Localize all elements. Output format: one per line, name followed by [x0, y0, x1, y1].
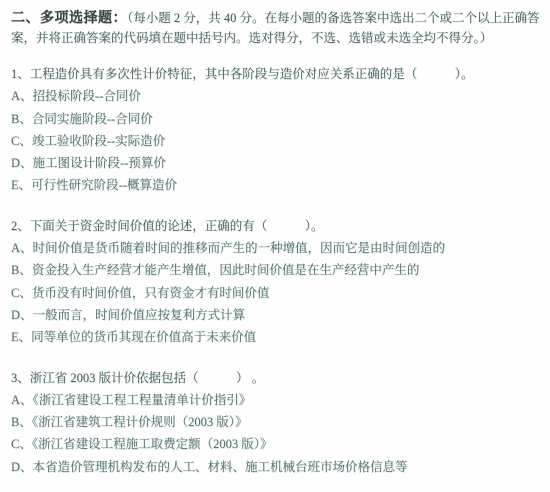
question-block-1: 1、工程造价具有多次性计价特征，其中各阶段与造价对应关系正确的是（ ）。 A、招…	[11, 63, 544, 197]
question-3-option-c: C、《浙江省建设工程施工取费定额（2003 版）》	[11, 433, 544, 455]
question-3-option-b: B、《浙江省建筑工程计价规则（2003 版）》	[11, 411, 544, 433]
question-2-option-c: C、货币没有时间价值，只有资金才有时间价值	[11, 282, 544, 304]
section-title: 二、多项选择题：	[11, 11, 127, 26]
question-2-option-d: D、一般而言，时间价值应按复利方式计算	[11, 304, 544, 326]
question-3-stem: 3、浙江省 2003 版计价依据包括（ ） 。	[11, 367, 544, 389]
question-1-option-a: A、招投标阶段--合同价	[11, 85, 544, 107]
question-2-option-b: B、资金投入生产经营才能产生增值，因此时间价值是在生产经营中产生的	[11, 259, 544, 281]
question-1-option-d: D、施工图设计阶段--预算价	[11, 152, 544, 174]
question-2-stem: 2、下面关于资金时间价值的论述，正确的有（ ）。	[11, 215, 544, 237]
question-1-option-b: B、合同实施阶段--合同价	[11, 108, 544, 130]
section-header: 二、多项选择题：（每小题 2 分，共 40 分。在每小题的备选答案中选出二个或二…	[11, 9, 544, 47]
exam-page: 二、多项选择题：（每小题 2 分，共 40 分。在每小题的备选答案中选出二个或二…	[0, 0, 550, 492]
question-3-option-d: D、本省造价管理机构发布的人工、材料、施工机械台班市场价格信息等	[11, 456, 544, 478]
question-1-stem: 1、工程造价具有多次性计价特征，其中各阶段与造价对应关系正确的是（ ）。	[11, 63, 544, 85]
question-block-3: 3、浙江省 2003 版计价依据包括（ ） 。 A、《浙江省建设工程工程量清单计…	[11, 367, 544, 478]
question-3-option-a: A、《浙江省建设工程工程量清单计价指引》	[11, 389, 544, 411]
question-2-option-e: E、同等单位的货币其现在价值高于未来价值	[11, 326, 544, 348]
question-1-option-c: C、竣工验收阶段--实际造价	[11, 130, 544, 152]
question-2-option-a: A、时间价值是货币随着时间的推移而产生的一种增值，因而它是由时间创造的	[11, 237, 544, 259]
question-1-option-e: E、可行性研究阶段--概算造价	[11, 174, 544, 196]
question-block-2: 2、下面关于资金时间价值的论述，正确的有（ ）。 A、时间价值是货币随着时间的推…	[11, 215, 544, 349]
